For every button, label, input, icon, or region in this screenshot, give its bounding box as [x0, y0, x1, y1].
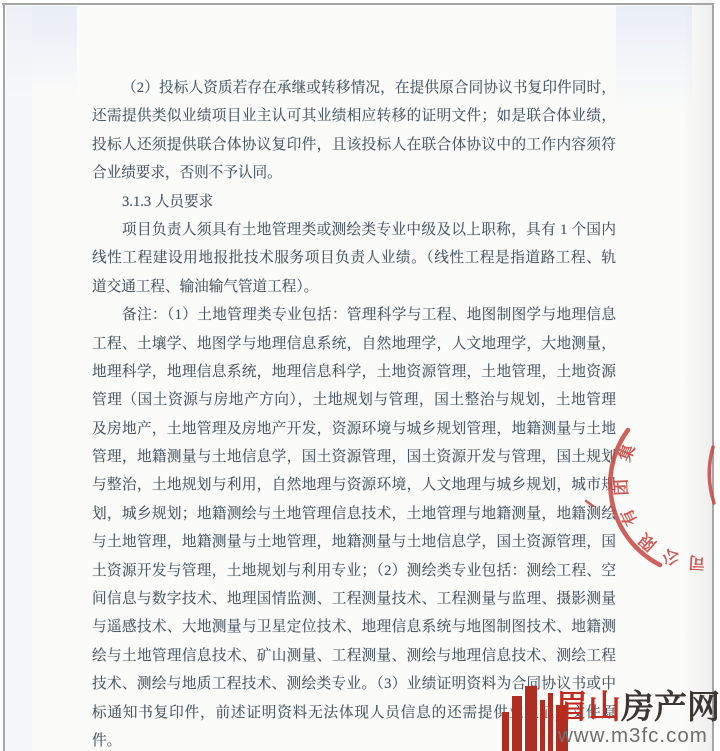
document-line: 投标人还须提供联合体协议复印件，且该投标人在联合体协议中的工作内容须符 [92, 131, 616, 159]
document-line: （2）投标人资质若存在承继或转移情况，在提供原合同协议书复印件同时， [92, 74, 616, 102]
scan-artifact-left-band [6, 6, 32, 751]
document-line: 与土地管理，地籍测量与土地管理，地籍测量与土地信息学，国土资源管理，国 [92, 528, 616, 556]
section-heading: 3.1.3 人员要求 [92, 188, 616, 216]
document-line: 线性工程建设用地报批技术服务项目负责人业绩。（线性工程是指道路工程、轨 [92, 244, 616, 272]
site-watermark: 眉山房产网 www.m3fc.com [500, 662, 720, 751]
document-line: 土资源开发与管理，土地规划与利用专业；（2）测绘类专业包括：测绘工程、空 [92, 557, 616, 585]
document-line: 管理（国土资源与房地产方向），土地规划与管理，国土整治与规划，土地管理 [92, 386, 616, 414]
scan-border-top [2, 3, 714, 5]
document-line: 及房地产，土地管理及房地产开发，资源环境与城乡规划管理，地籍测量与土地 [92, 415, 616, 443]
document-line: 工程、土壤学、地图学与地理信息系统，自然地理学，人文地理学，大地测量， [92, 330, 616, 358]
document-line: 与遥感技术、大地测量与卫星定位技术、地理信息系统与地图制图技术、地籍测 [92, 613, 616, 641]
scan-border-left [3, 3, 5, 751]
scan-artifact-top-right [616, 6, 692, 121]
document-body-text: （2）投标人资质若存在承继或转移情况，在提供原合同协议书复印件同时， 还需提供类… [92, 74, 616, 751]
watermark-site-name: 眉山房产网 [555, 689, 720, 725]
document-line: 管理，地籍测量与土地信息学，国土资源管理，国土资源开发与管理，国土规划 [92, 443, 616, 471]
document-line: 划，城乡规划；地籍测绘与土地管理信息技术，土地管理与地籍测量，地籍测绘 [92, 500, 616, 528]
document-line: 道交通工程、输油输气管道工程）。 [92, 273, 616, 301]
watermark-name-part1: 眉山 [555, 688, 621, 725]
scanned-document-page: （2）投标人资质若存在承继或转移情况，在提供原合同协议书复印件同时， 还需提供类… [0, 0, 720, 751]
document-line: 合业绩要求，否则不予认同。 [92, 159, 616, 187]
document-line: 与整治，土地规划与利用，自然地理与资源环境，人文地理与城乡规划，城市规 [92, 471, 616, 499]
watermark-url: www.m3fc.com [558, 724, 720, 748]
watermark-name-part2: 房产网 [621, 688, 720, 725]
document-line: 还需提供类似业绩项目业主认可其业绩相应转移的证明文件；如是联合体业绩， [92, 102, 616, 130]
document-line: 地理科学，地理信息系统，地理信息科学，土地资源管理，土地管理，土地资源 [92, 358, 616, 386]
scan-border-right [712, 3, 714, 751]
document-line: 间信息与数字技术、地理国情监测、工程测量技术、工程测量与监理、摄影测量 [92, 585, 616, 613]
document-line: 项目负责人须具有土地管理类或测绘类专业中级及以上职称，具有 1 个国内 [92, 216, 616, 244]
document-line: 备注：（1）土地管理类专业包括：管理科学与工程、地图制图学与地理信息 [92, 301, 616, 329]
page-edge-shadow [684, 0, 712, 751]
